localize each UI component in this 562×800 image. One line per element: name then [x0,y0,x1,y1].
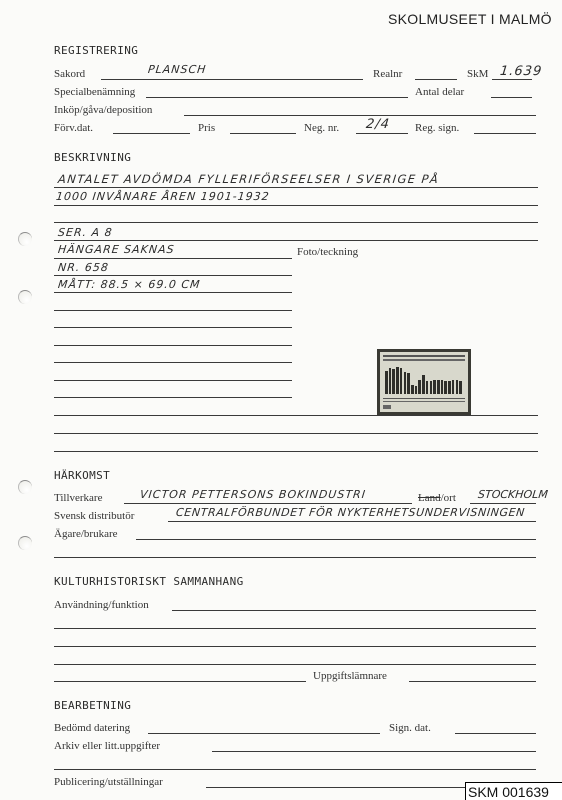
detail-number[interactable]: NR. 658 [57,261,109,274]
reg-sign-field[interactable] [474,133,536,134]
ort-label: /ort [441,492,456,504]
uppgiftslamnare-label: Uppgiftslämnare [313,670,387,682]
beskrivning-line-2[interactable]: 1000 INVÅNARE ÅREN 1901-1932 [55,190,270,203]
pris-label: Pris [198,122,215,134]
uppgiftslamnare-field[interactable] [409,681,536,682]
sakord-label: Sakord [54,68,85,80]
binder-hole [18,536,32,550]
section-heading-registrering: REGISTRERING [54,44,138,57]
datering-field[interactable] [148,733,380,734]
realnr-label: Realnr [373,68,402,80]
section-heading-bearbetning: BEARBETNING [54,699,131,712]
detail-series[interactable]: SER. A 8 [57,226,113,239]
binder-hole [18,480,32,494]
skm-label: SkM [467,68,488,80]
forv-dat-label: Förv.dat. [54,122,93,134]
sign-dat-field[interactable] [455,733,536,734]
pris-field[interactable] [230,133,296,134]
skm-field[interactable]: 1.639 [499,64,543,79]
publicering-field[interactable] [206,787,466,788]
anvandning-label: Användning/funktion [54,599,149,611]
neg-nr-label: Neg. nr. [304,122,339,134]
binder-hole [18,232,32,246]
agare-field[interactable] [136,539,536,540]
object-photo [377,349,471,415]
arkiv-field[interactable] [212,751,536,752]
neg-nr-field[interactable]: 2/4 [365,117,390,132]
arkiv-label: Arkiv eller litt.uppgifter [54,740,160,752]
archive-stamp: SKM 001639 [465,782,562,800]
tillverkare-label: Tillverkare [54,492,102,504]
inkop-label: Inköp/gåva/deposition [54,104,152,116]
datering-label: Bedömd datering [54,722,130,734]
agare-label: Ägare/brukare [54,528,118,540]
land-ort-label: Land/ort [418,492,456,504]
section-heading-kultur: KULTURHISTORISKT SAMMANHANG [54,575,244,588]
beskrivning-line-3[interactable] [54,222,538,223]
beskrivning-line-1[interactable]: ANTALET AVDÖMDA FYLLERIFÖRSEELSER I SVER… [57,172,440,186]
binder-hole [18,290,32,304]
antal-delar-field[interactable] [491,97,532,98]
sign-dat-label: Sign. dat. [389,722,431,734]
forv-dat-field[interactable] [113,133,190,134]
land-label-struck: Land [418,492,441,504]
institution-name: SKOLMUSEET I MALMÖ [388,11,552,27]
detail-hangare[interactable]: HÄNGARE SAKNAS [57,243,175,256]
section-heading-beskrivning: BESKRIVNING [54,151,131,164]
section-heading-harkomst: HÄRKOMST [54,469,110,482]
antal-delar-label: Antal delar [415,86,464,98]
detail-matt[interactable]: MÅTT: 88.5 × 69.0 CM [57,278,201,291]
reg-sign-label: Reg. sign. [415,122,459,134]
sakord-field[interactable]: PLANSCH [147,63,207,76]
inkop-field[interactable] [184,115,536,116]
specialbenamning-field[interactable] [146,97,408,98]
publicering-label: Publicering/utställningar [54,776,163,788]
tillverkare-field[interactable]: VICTOR PETTERSONS BOKINDUSTRI [139,488,366,501]
distributor-label: Svensk distributör [54,510,134,522]
anvandning-field[interactable] [172,610,536,611]
specialbenamning-label: Specialbenämning [54,86,135,98]
land-ort-field[interactable]: STOCKHOLM [477,488,548,501]
distributor-field[interactable]: CENTRALFÖRBUNDET FÖR NYKTERHETSUNDERVISN… [175,506,525,519]
realnr-field[interactable] [415,79,457,80]
foto-teckning-label: Foto/teckning [297,246,358,258]
